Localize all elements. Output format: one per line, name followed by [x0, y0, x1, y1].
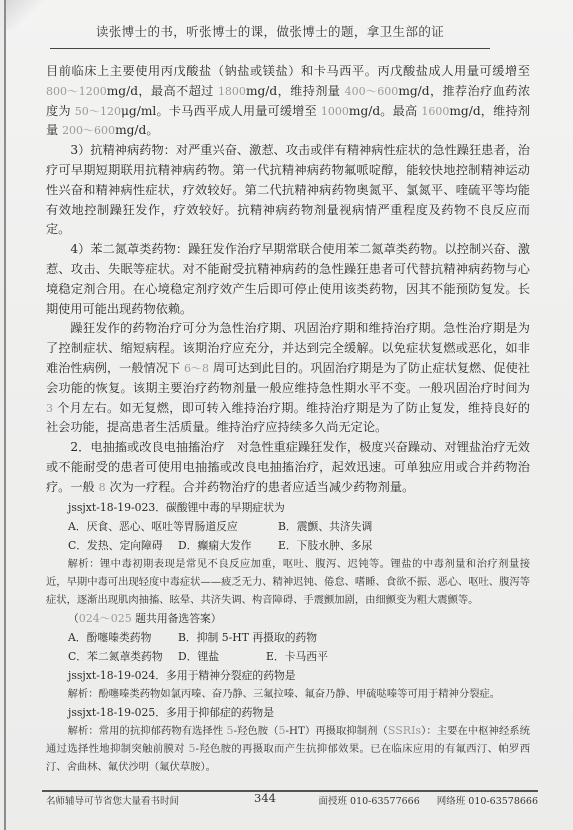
- question-023-options-row1: A．厌食、恶心、呕吐等胃肠道反应 B．震颤、共济失调: [46, 517, 530, 536]
- option-a: A．酚噻嗪类药物: [68, 628, 178, 647]
- option-c: C．苯二氮䓬类药物: [68, 647, 178, 666]
- option-e: E．下肢水肿、多尿: [278, 536, 372, 555]
- shared-options-heading: （024～025 题共用备选答案）: [46, 609, 530, 628]
- header-rule: [50, 48, 490, 49]
- paragraph-benzodiazepines: 4）苯二氮䓬类药物：躁狂发作治疗早期常联合使用苯二氮䓬类药物。以控制兴奋、激惹、…: [46, 240, 530, 319]
- option-e: E．卡马西平: [266, 647, 328, 666]
- question-023-analysis: 解析：锂中毒初期表现是常见不良反应加重，呕吐、腹泻、迟钝等。锂盐的中毒剂量和治疗…: [46, 555, 530, 609]
- question-023-stem: jssjxt-18-19-023．碳酸锂中毒的早期症状为: [46, 498, 530, 517]
- option-b: B．抑制 5-HT 再摄取的药物: [178, 628, 317, 647]
- paragraph-dosage: 目前临床上主要使用丙戊酸盐（钠盐或镁盐）和卡马西平。丙戊酸盐成人用量可缓增至 8…: [46, 62, 530, 141]
- question-025-analysis: 解析：常用的抗抑郁药物有选择性 5-羟色胺（5-HT）再摄取抑制剂（SSRIs）…: [46, 722, 530, 776]
- question-023-options-row2: C．发热、定向障碍 D．癫痫大发作 E．下肢水肿、多尿: [46, 536, 530, 555]
- footer-rule: [42, 790, 538, 792]
- page-body: 目前临床上主要使用丙戊酸盐（钠盐或镁盐）和卡马西平。丙戊酸盐成人用量可缓增至 8…: [46, 62, 530, 776]
- option-b: B．震颤、共济失调: [278, 517, 372, 536]
- option-a: A．厌食、恶心、呕吐等胃肠道反应: [68, 517, 278, 536]
- option-d: D．锂盐: [178, 647, 266, 666]
- paragraph-antipsychotics: 3）抗精神病药物：对严重兴奋、激惹、攻击或伴有精神病性症状的急性躁狂患者，治疗可…: [46, 141, 530, 240]
- question-025-stem: jssjxt-18-19-025．多用于抑郁症的药物是: [46, 703, 530, 722]
- shared-options-row1: A．酚噻嗪类药物 B．抑制 5-HT 再摄取的药物: [46, 628, 530, 647]
- shared-options-row2: C．苯二氮䓬类药物 D．锂盐 E．卡马西平: [46, 647, 530, 666]
- phone-in-person-class: 面授班 010-63577666: [319, 796, 420, 807]
- option-d: D．癫痫大发作: [178, 536, 278, 555]
- paragraph-treatment-phases: 躁狂发作的药物治疗可分为急性治疗期、巩固治疗期和维持治疗期。急性治疗期是为了控制…: [46, 319, 530, 438]
- option-c: C．发热、定向障碍: [68, 536, 178, 555]
- document-page: 读张博士的书，听张博士的课，做张博士的题，拿卫生部的证 目前临床上主要使用丙戊酸…: [4, 0, 573, 830]
- page-corner-fold: [6, 0, 46, 30]
- question-024-analysis: 解析：酚噻嗪类药物如氯丙嗪、奋乃静、三氟拉嗪、氟奋乃静、甲硫哒嗪等可用于精神分裂…: [46, 685, 530, 703]
- footer-contacts: 面授班 010-63577666 网络班 010-63578666: [319, 793, 538, 807]
- phone-online-class: 网络班 010-63578666: [437, 796, 538, 807]
- page-number: 344: [254, 791, 276, 805]
- paragraph-ect: 2．电抽搐或改良电抽搐治疗 对急性重症躁狂发作，极度兴奋躁动、对锂盐治疗无效或不…: [46, 438, 530, 497]
- footer-slogan: 名师辅导可节省您大量看书时间: [46, 793, 179, 807]
- question-024-stem: jssjxt-18-19-024．多用于精神分裂症的药物是: [46, 666, 530, 685]
- running-header: 读张博士的书，听张博士的课，做张博士的题，拿卫生部的证: [50, 22, 490, 40]
